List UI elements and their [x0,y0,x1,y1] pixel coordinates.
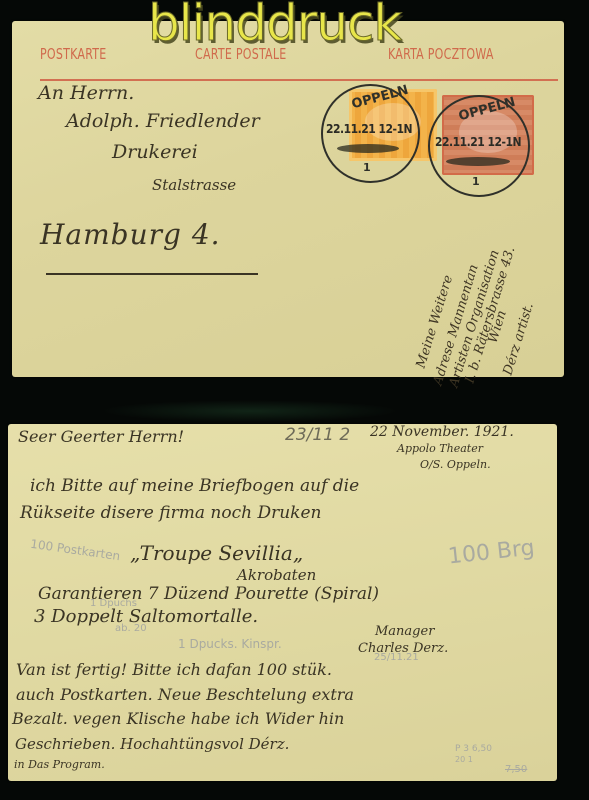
address-name: Adolph. Friedlender [66,110,260,132]
greeting: Seer Geerter Herrn! [18,427,184,446]
postmark-town: OPPELN [350,83,410,113]
pencil-note-3: 1 Dpuchs [90,598,137,609]
postmark-2: OPPELN 22.11.21 12-1N 1 [428,95,530,197]
background-smear [100,400,400,422]
address-salutation: An Herrn. [38,82,134,104]
letter-line-2: Rükseite disere firma noch Druken [20,503,321,523]
price-note-total: 7,50 [505,764,527,775]
letter-line-9: Van ist fertig! Bitte ich dafan 100 stük… [16,660,332,679]
postmark-bar [337,144,399,153]
letter-line-13: in Das Program. [14,758,105,771]
letter-line-11: Bezalt. vegen Klische habe ich Wider hin [12,709,344,728]
letter-line-4: Akrobaten [237,566,316,584]
postmark-code: 1 [363,161,371,174]
letter-line-12: Geschrieben. Hochahtüngsvol Dérz. [15,735,289,753]
pencil-note-6: 25/11.21 [374,652,419,663]
header-rule [40,79,558,81]
postmark-date: 22.11.21 12-1N [435,135,521,149]
address-city: Hamburg 4. [40,218,221,251]
letter-line-3: „Troupe Sevillia„ [130,541,303,565]
header-karta-pocztowa: KARTA POCZTOWA [388,45,494,63]
pencil-note-4: ab. 20 [115,623,147,634]
address-underline [46,273,258,275]
dateline-date: 22 November. 1921. [370,424,514,440]
address-company: Drukerei [112,141,198,163]
postmark-code: 1 [472,175,480,188]
postmark-town: OPPELN [457,95,517,125]
postmark-1: OPPELN 22.11.21 12-1N 1 [321,84,420,183]
letter-line-10: auch Postkarten. Neue Beschtelung extra [16,685,354,704]
header-postkarte: POSTKARTE [40,45,107,63]
price-note-line-2: 20 1 [455,755,473,764]
postmark-bar [446,157,510,166]
dateline-venue: Appolo Theater [397,442,483,455]
pencil-mark-date: 23/11 2 [285,425,350,445]
letter-line-1: ich Bitte auf meine Briefbogen auf die [30,476,359,496]
postmark-date: 22.11.21 12-1N [326,122,412,136]
price-note-line-1: P 3 6,50 [455,744,492,754]
pencil-note-5: 1 Dpucks. Kinspr. [178,637,282,651]
letter-line-7: Manager [375,624,434,639]
dateline-place: O/S. Oppeln. [420,458,491,471]
watermark-blinddruck: blinddruck [148,0,401,48]
address-street: Stalstrasse [152,176,236,194]
